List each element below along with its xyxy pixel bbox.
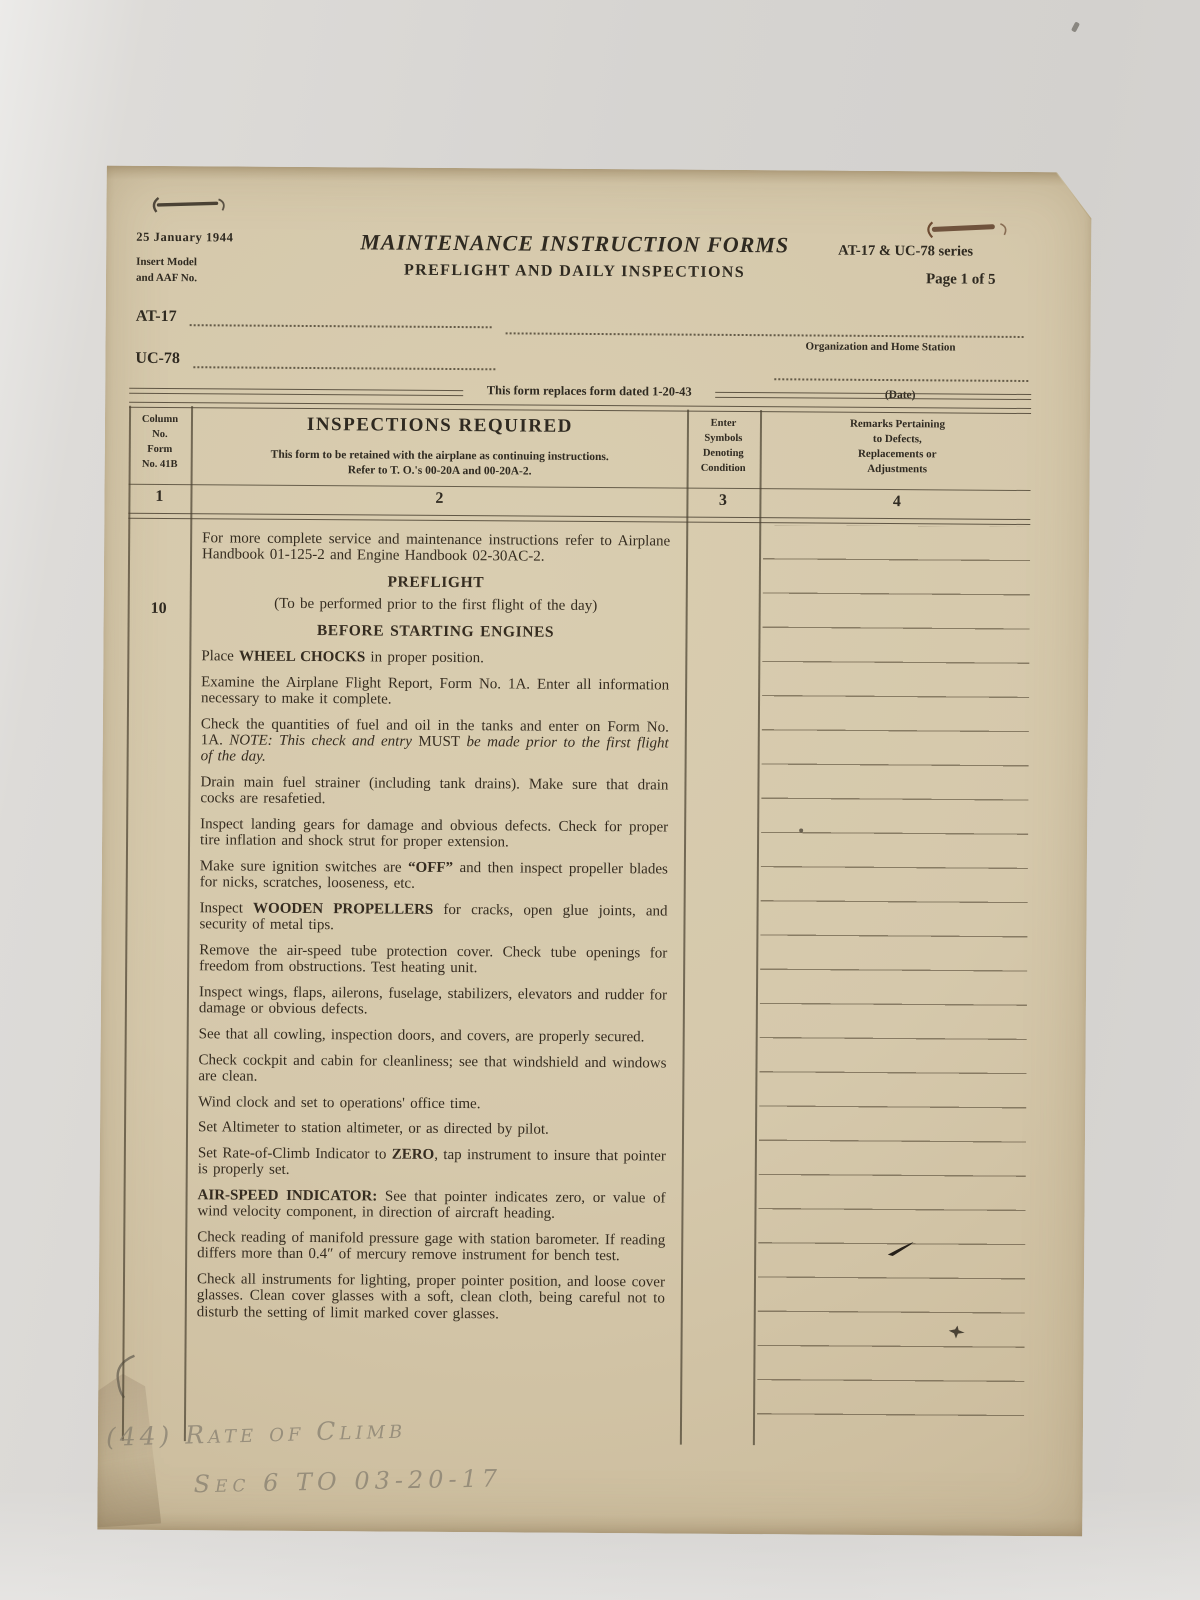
- staple-mark-top-right: [918, 215, 1014, 244]
- inspection-item: See that all cowling, inspection doors, …: [199, 1026, 667, 1046]
- inspection-item: Remove the air-speed tube protection cov…: [199, 942, 667, 978]
- background-speck: [1071, 21, 1080, 32]
- staple-mark-top-left: [146, 192, 230, 219]
- inspection-item: Examine the Airplane Flight Report, Form…: [201, 674, 669, 710]
- intro-paragraph: For more complete service and maintenanc…: [202, 530, 670, 566]
- col1-header: Column No. Form No. 41B: [129, 412, 191, 472]
- remarks-ruled-lines: [757, 525, 1030, 1417]
- form-date: 25 January 1944: [136, 230, 233, 246]
- inspection-item: Place WHEEL CHOCKS in proper position.: [201, 648, 669, 668]
- insert-model-note-line2: and AAF No.: [136, 272, 197, 284]
- inspection-item: Set Altimeter to station altimeter, or a…: [198, 1119, 666, 1139]
- table-top-rule: [129, 402, 1031, 414]
- inspection-item: Set Rate-of-Climb Indicator to ZERO, tap…: [198, 1145, 666, 1181]
- rule-right-of-note: [715, 392, 1031, 400]
- document-page: 25 January 1944 Insert Model and AAF No.…: [97, 166, 1091, 1537]
- inspection-item: Check reading of manifold pressure gage …: [197, 1229, 665, 1265]
- table-border-left: [122, 406, 131, 1441]
- insert-model-note-line1: Insert Model: [136, 256, 197, 268]
- ink-speck: [799, 828, 803, 832]
- col2-header-sub2: Refer to T. O.'s 00-20A and 00-20A-2.: [197, 463, 683, 478]
- inspection-item: Check cockpit and cabin for cleanliness;…: [198, 1052, 666, 1088]
- date-fill-line: [774, 378, 1028, 382]
- field-at17-label: AT-17: [136, 308, 177, 326]
- row-number: 10: [128, 600, 190, 618]
- col1-number: 1: [128, 488, 190, 506]
- inspection-item: Inspect wings, flaps, ailerons, fuselage…: [199, 984, 667, 1020]
- subsection-heading: BEFORE STARTING ENGINES: [201, 622, 669, 642]
- handwriting-note-2: Sec 6 TO 03-20-17: [193, 1464, 502, 1498]
- page-number: Page 1 of 5: [926, 271, 996, 288]
- replaces-note: This form replaces form dated 1-20-43: [469, 383, 709, 400]
- col3-number: 3: [686, 492, 759, 511]
- photo-background: 25 January 1944 Insert Model and AAF No.…: [0, 0, 1200, 1600]
- inspection-item: AIR-SPEED INDICATOR: See that pointer in…: [197, 1187, 665, 1223]
- inspection-item: Check the quantities of fuel and oil in …: [201, 716, 669, 768]
- inspection-item: Check all instruments for lighting, prop…: [197, 1271, 665, 1323]
- page-title: MAINTENANCE INSTRUCTION FORMS: [322, 229, 827, 259]
- uc78-fill-line: [193, 366, 495, 370]
- inspection-item: Drain main fuel strainer (including tank…: [200, 774, 668, 810]
- col3-header: Enter Symbols Denoting Condition: [687, 416, 760, 477]
- field-uc78-label: UC-78: [135, 350, 180, 368]
- divider-col2-col3: [680, 410, 689, 1445]
- inspection-item: Inspect landing gears for damage and obv…: [200, 816, 668, 852]
- series-label: AT-17 & UC-78 series: [838, 243, 973, 261]
- divider-col1-col2: [184, 406, 193, 1441]
- inspection-item: Inspect WOODEN PROPELLERS for cracks, op…: [199, 900, 667, 936]
- handwriting-note-1: (44) Rate of Climb: [106, 1414, 407, 1451]
- col2-header-title: INSPECTIONS REQUIRED: [197, 413, 683, 438]
- inspection-item: Wind clock and set to operations' office…: [198, 1094, 666, 1114]
- at17-fill-line: [190, 324, 492, 328]
- inspection-item: Make sure ignition switches are “OFF” an…: [200, 858, 668, 894]
- org-station-fill-line: [506, 332, 1024, 338]
- rule-left-of-note: [129, 388, 463, 396]
- section-heading: PREFLIGHT: [202, 573, 670, 593]
- section-subheading: (To be performed prior to the first flig…: [202, 595, 670, 615]
- col2-number: 2: [196, 488, 682, 509]
- org-station-caption: Organization and Home Station: [769, 340, 991, 354]
- inspections-column: For more complete service and maintenanc…: [197, 530, 671, 1332]
- page-subtitle: PREFLIGHT AND DAILY INSPECTIONS: [352, 261, 797, 282]
- col2-header-sub1: This form to be retained with the airpla…: [197, 448, 683, 463]
- col4-number: 4: [763, 492, 1030, 512]
- dog-ear-corner: [1055, 172, 1091, 220]
- col4-header: Remarks Pertaining to Defects, Replaceme…: [764, 416, 1031, 478]
- number-row-bottom-rule: [128, 513, 1030, 525]
